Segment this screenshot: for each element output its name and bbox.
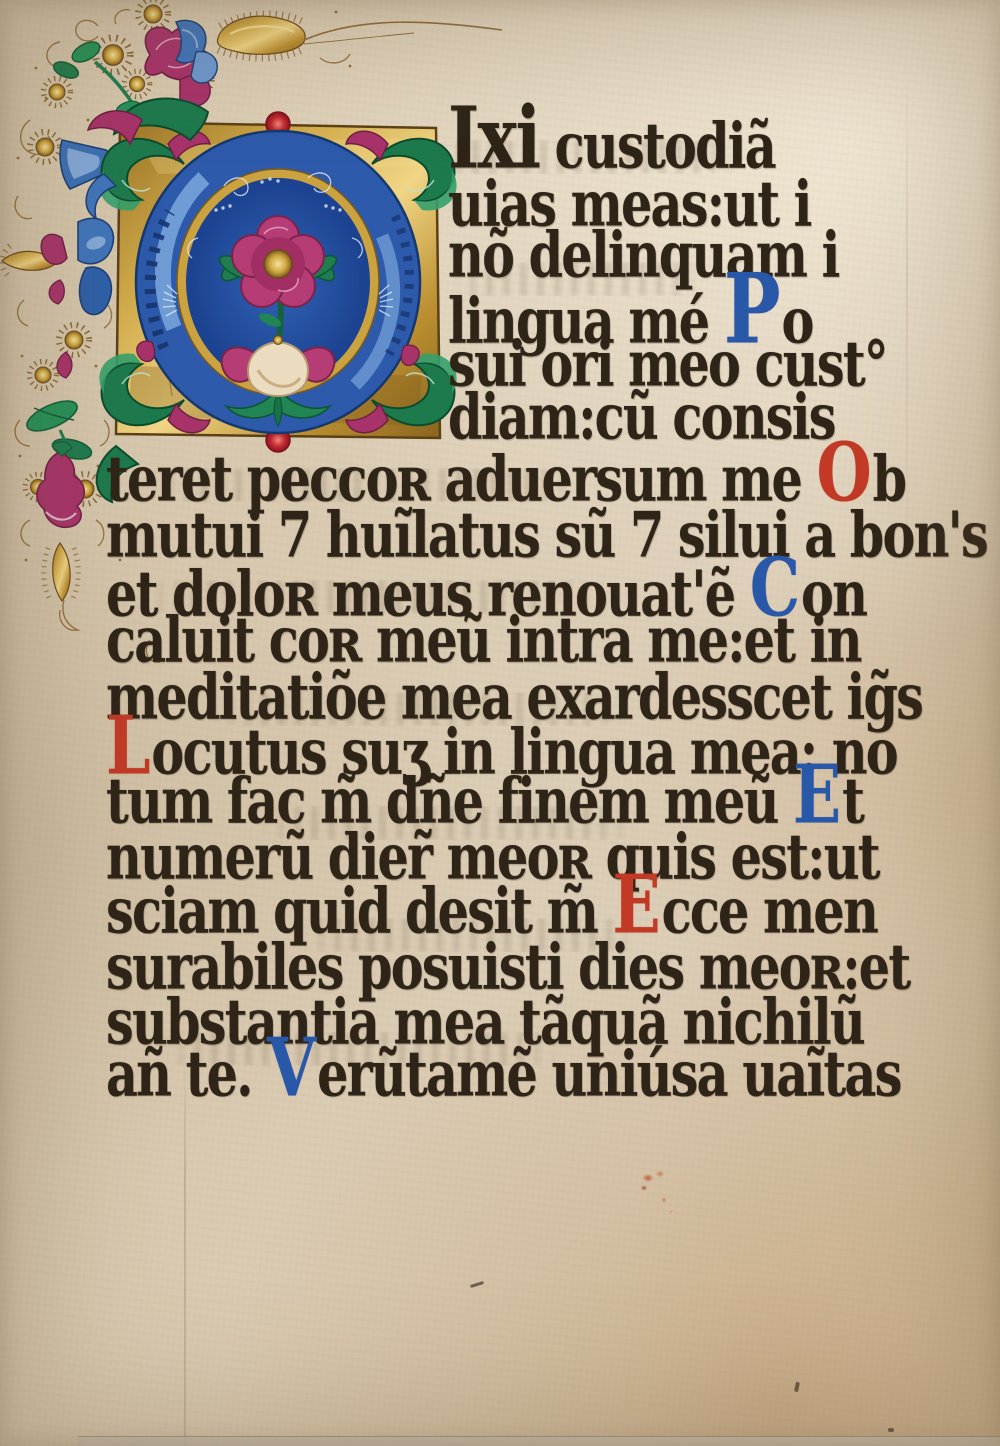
crease-line (906, 60, 908, 580)
manuscript-page: Ixi custodiãuias meas:ut inõ delinquam i… (0, 0, 1000, 1446)
page-edge (78, 1436, 1000, 1446)
text-segment: añ te. (106, 1037, 267, 1111)
stain-mark (634, 1166, 680, 1218)
text-block: Ixi custodiãuias meas:ut inõ delinquam i… (0, 0, 1000, 1446)
versal-initial: V (267, 1019, 315, 1114)
text-line: añ te. Verũtamẽ uniúsa uaĩtas (106, 1027, 901, 1108)
crease-line (184, 1060, 186, 1446)
ink-speck (888, 1428, 894, 1432)
text-segment: erũtamẽ uniúsa uaĩtas (317, 1037, 900, 1111)
